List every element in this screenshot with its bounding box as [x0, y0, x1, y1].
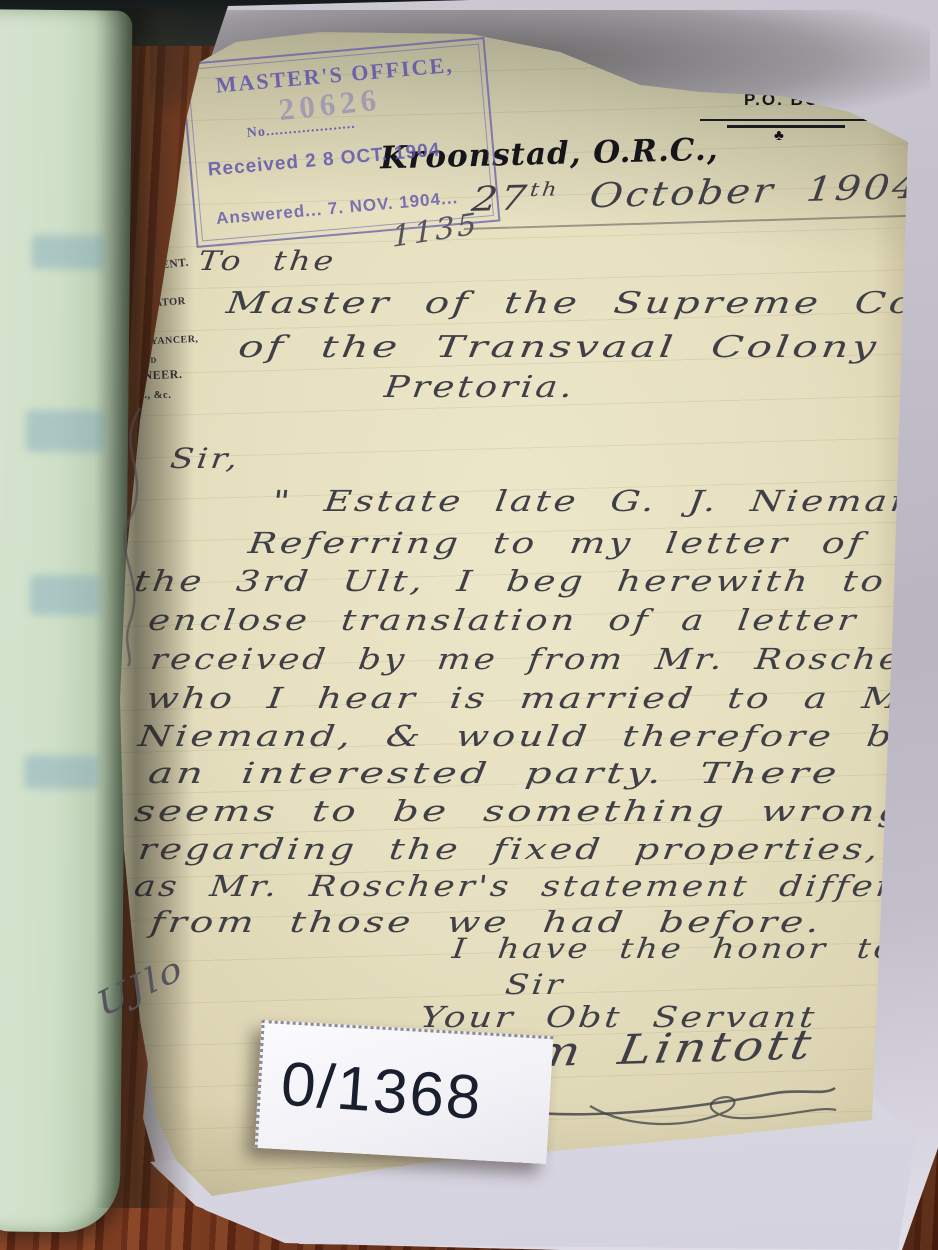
subject-line: " Estate late G. J. Niemand ": [270, 484, 938, 518]
date-ordinal: th: [529, 178, 561, 201]
closing-line: I have the honor to be: [450, 932, 938, 965]
address-line: To the: [196, 246, 338, 277]
body-line: an interested party. There: [146, 756, 842, 790]
fleuron-icon: ♣: [774, 128, 784, 145]
body-line: Referring to my letter of: [246, 526, 867, 560]
archival-photo: INTOTT, J.P., Practitioner. ITTED LAND, …: [0, 0, 938, 1250]
ghost-ink-blob: [30, 575, 100, 616]
address-line: Pretoria.: [382, 370, 577, 405]
body-line: as Mr. Roscher's statement differs: [132, 869, 919, 903]
body-line: Niemand, & would therefore be: [136, 719, 922, 753]
archive-label-number: 0/1368: [279, 1048, 485, 1134]
body-line: the 3rd Ult, I beg herewith to: [132, 564, 888, 598]
body-line: regarding the fixed properties,: [136, 832, 883, 866]
po-box-rule: [700, 119, 872, 121]
ghost-ink-blob: [24, 755, 98, 790]
po-box-rule-thick: [727, 125, 845, 128]
date-day: 27: [470, 178, 532, 220]
body-line: enclose translation of a letter: [146, 603, 860, 637]
body-line: who I hear is married to a Miss: [144, 681, 938, 715]
body-line: received by me from Mr. Roscher,: [148, 642, 935, 676]
address-line: Master of the Supreme Court: [224, 286, 938, 321]
closing-line: Sir: [503, 968, 567, 1001]
archive-label: 0/1368: [255, 1020, 554, 1164]
body-line: seems to be something wrong: [132, 794, 909, 828]
ghost-ink-blob: [26, 410, 104, 453]
address-line: of the Transvaal Colony: [236, 330, 881, 365]
margin-scribble: [100, 400, 170, 670]
